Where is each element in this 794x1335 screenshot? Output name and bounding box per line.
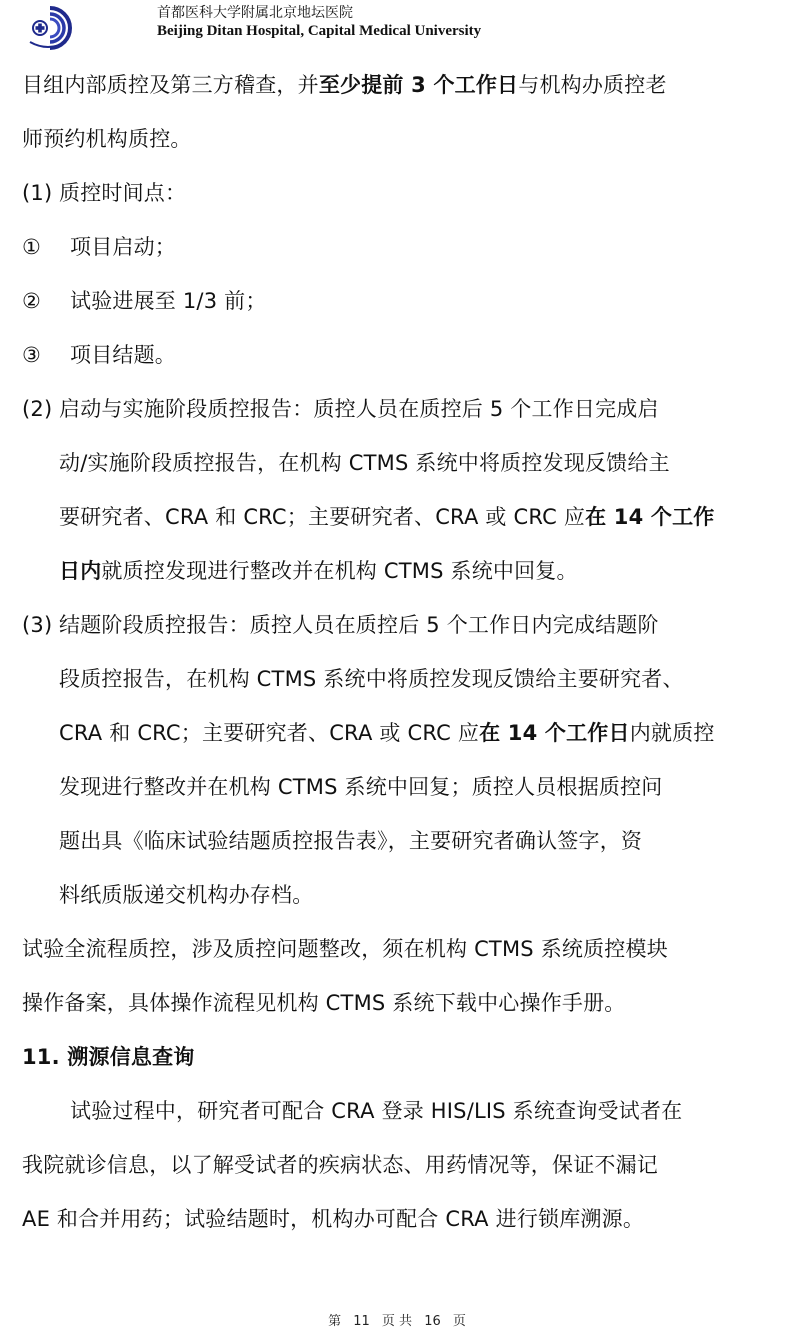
- list-number: (2): [22, 382, 59, 436]
- page-label: 页: [453, 1314, 466, 1329]
- circled-number: ③: [22, 328, 70, 382]
- bold-text-run: 日内: [59, 559, 101, 583]
- section-1-title: (1)质控时间点：: [22, 166, 762, 220]
- section-2-line: (2)启动与实施阶段质控报告：质控人员在质控后 5 个工作日完成启: [22, 382, 762, 436]
- list-item-text: 项目启动；: [70, 235, 176, 259]
- section-3-line: 料纸质版递交机构办存档。: [22, 868, 762, 922]
- list-item: ③项目结题。: [22, 328, 762, 382]
- section-3-line: CRA 和 CRC；主要研究者、CRA 或 CRC 应在 14 个工作日内就质控: [22, 706, 762, 760]
- hospital-name-en: Beijing Ditan Hospital, Capital Medical …: [157, 22, 481, 40]
- page-header: 首都医科大学附属北京地坛医院 Beijing Ditan Hospital, C…: [0, 0, 794, 56]
- page-footer: 第 11 页 共 16 页: [0, 1310, 794, 1329]
- total-page-number: 16: [424, 1314, 441, 1329]
- paragraph-line: 操作备案，具体操作流程见机构 CTMS 系统下载中心操作手册。: [22, 976, 762, 1030]
- text-run: 就质控发现进行整改并在机构 CTMS 系统中回复。: [101, 559, 577, 583]
- text-run: 启动与实施阶段质控报告：质控人员在质控后 5 个工作日完成启: [59, 397, 659, 421]
- current-page-number: 11: [353, 1314, 370, 1329]
- page-label: 第: [328, 1314, 341, 1329]
- paragraph-line: 我院就诊信息，以了解受试者的疾病状态、用药情况等，保证不漏记: [22, 1138, 762, 1192]
- paragraph-line: 试验全流程质控，涉及质控问题整改，须在机构 CTMS 系统质控模块: [22, 922, 762, 976]
- text-run: CRA 和 CRC；主要研究者、CRA 或 CRC 应: [59, 721, 479, 745]
- hospital-logo-icon: [20, 2, 78, 52]
- text-run: 要研究者、CRA 和 CRC；主要研究者、CRA 或 CRC 应: [59, 505, 585, 529]
- bold-text-run: 至少提前 3 个工作日: [319, 73, 518, 97]
- section-2-line: 日内就质控发现进行整改并在机构 CTMS 系统中回复。: [22, 544, 762, 598]
- section-2-line: 动/实施阶段质控报告，在机构 CTMS 系统中将质控发现反馈给主: [22, 436, 762, 490]
- section-2-line: 要研究者、CRA 和 CRC；主要研究者、CRA 或 CRC 应在 14 个工作: [22, 490, 762, 544]
- paragraph-line: 试验过程中，研究者可配合 CRA 登录 HIS/LIS 系统查询受试者在: [22, 1084, 762, 1138]
- list-number: (1): [22, 166, 59, 220]
- bold-text-run: 在 14 个工作日: [479, 721, 630, 745]
- text-run: 与机构办质控老: [518, 73, 666, 97]
- list-item-text: 试验进展至 1/3 前；: [70, 289, 267, 313]
- document-body: 目组内部质控及第三方稽查，并至少提前 3 个工作日与机构办质控老 师预约机构质控…: [22, 58, 762, 1246]
- list-item: ②试验进展至 1/3 前；: [22, 274, 762, 328]
- section-title-text: 质控时间点：: [59, 181, 186, 205]
- section-3-line: 发现进行整改并在机构 CTMS 系统中回复；质控人员根据质控问: [22, 760, 762, 814]
- section-3-line: 题出具《临床试验结题质控报告表》，主要研究者确认签字，资: [22, 814, 762, 868]
- hospital-name-cn: 首都医科大学附属北京地坛医院: [157, 4, 481, 22]
- text-run: 目组内部质控及第三方稽查，并: [22, 73, 319, 97]
- paragraph-line: 目组内部质控及第三方稽查，并至少提前 3 个工作日与机构办质控老: [22, 58, 762, 112]
- section-3-line: (3)结题阶段质控报告：质控人员在质控后 5 个工作日内完成结题阶: [22, 598, 762, 652]
- paragraph-line: AE 和合并用药；试验结题时，机构办可配合 CRA 进行锁库溯源。: [22, 1192, 762, 1246]
- text-run: 内就质控: [630, 721, 715, 745]
- bold-text-run: 在 14 个工作: [585, 505, 714, 529]
- circled-number: ①: [22, 220, 70, 274]
- list-item-text: 项目结题。: [70, 343, 176, 367]
- page-label: 页 共: [382, 1314, 412, 1329]
- list-number: (3): [22, 598, 59, 652]
- list-item: ①项目启动；: [22, 220, 762, 274]
- section-3-line: 段质控报告，在机构 CTMS 系统中将质控发现反馈给主要研究者、: [22, 652, 762, 706]
- section-11-heading: 11. 溯源信息查询: [22, 1030, 762, 1084]
- text-run: 结题阶段质控报告：质控人员在质控后 5 个工作日内完成结题阶: [59, 613, 659, 637]
- paragraph-line: 师预约机构质控。: [22, 112, 762, 166]
- circled-number: ②: [22, 274, 70, 328]
